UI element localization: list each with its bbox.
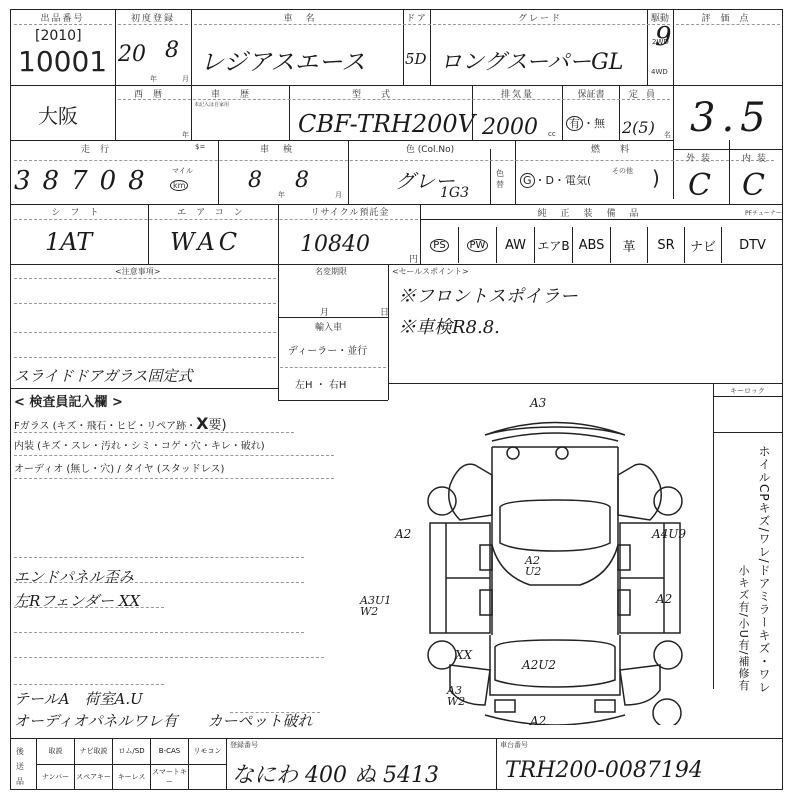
accessory-bcas: B-CAS xyxy=(150,738,188,764)
model: CBF-TRH200V xyxy=(298,110,475,138)
aircon-label: エアコン xyxy=(160,205,270,218)
fuel-other: その他 xyxy=(612,166,633,176)
history-label: 車歴 xyxy=(194,87,286,100)
color-label: 色 (Col.No) xyxy=(360,142,500,155)
lot-year: [2010] xyxy=(35,28,82,44)
wheel-mirror-damage-text: ホイルCPキズ/ワレ/ドアミラーキズ・ワレ xyxy=(756,445,773,695)
history-note: 未記入は自家用 xyxy=(194,101,229,108)
interior-label: 内装 xyxy=(732,151,782,164)
damage-mark-right-front: A4U9 xyxy=(652,527,686,541)
car-name-label: 車 名 xyxy=(250,11,350,24)
aircon: WAC xyxy=(170,228,241,256)
inspection-label: 車検 xyxy=(221,142,345,155)
inspector-title: < 検査員記入欄 > xyxy=(14,391,123,410)
caution-text: スライドドアガラス固定式 xyxy=(14,365,193,386)
accessory-manual: 取説 xyxy=(36,738,74,764)
accessory-number-plate: ナンバー xyxy=(36,764,74,790)
color-change-label: 色替 xyxy=(496,168,510,190)
recycle-label: リサイクル預託金 xyxy=(285,205,415,218)
sales-label: <セールスポイント> xyxy=(392,266,469,277)
inspector-note-4: オーディオパネルワレ有 カーペット破れ xyxy=(14,710,313,731)
equipment-sunroof: SR xyxy=(647,227,684,263)
mile-unit: マイル xyxy=(172,166,193,176)
displacement: 2000 xyxy=(482,115,538,140)
exterior: C xyxy=(688,168,711,203)
chassis-number: TRH200-0087194 xyxy=(505,758,703,783)
equipment-airbag: エアB xyxy=(534,227,572,263)
equipment-ps: PS xyxy=(420,227,458,263)
damage-mark-rear-door: A2U2 xyxy=(522,658,556,672)
audio-tire-line: オーディオ (無し・穴) / タイヤ (スタッドレス) xyxy=(14,460,224,475)
keylock-label: キーロック xyxy=(730,386,765,396)
meter-change-label: $= xyxy=(195,143,205,151)
mileage-label: 走行 xyxy=(60,142,140,155)
damage-mark-roof: A2 U2 xyxy=(525,555,545,577)
lot-label: 出品番号 xyxy=(20,11,105,24)
location: 大阪 xyxy=(38,100,78,129)
doors: 5D xyxy=(405,50,427,68)
equipment-pw: PW xyxy=(458,227,496,263)
equipment-abs: ABS xyxy=(572,227,610,263)
tuner-label: PFチューナー xyxy=(745,208,782,217)
score-label: 評価点 xyxy=(680,11,780,24)
interior: C xyxy=(742,168,765,203)
capacity-label: 定員 xyxy=(622,87,670,100)
accessory-empty xyxy=(188,764,226,790)
inspector-note-1: エンドパネル歪み xyxy=(14,566,134,587)
score: 3.5 xyxy=(690,95,772,141)
name-change-label: 名変期限 xyxy=(315,266,347,277)
first-reg-year: 20 xyxy=(118,42,146,67)
handle-side: 左H ・ 右H xyxy=(295,376,346,391)
inspection-month: 8 xyxy=(295,168,309,193)
displacement-label: 排気量 xyxy=(475,87,560,100)
accessories-label: 後送品 xyxy=(16,744,26,789)
exterior-label: 外装 xyxy=(676,151,726,164)
shift-label: シフト xyxy=(40,205,120,218)
grade: ロングスーパーGL xyxy=(440,45,623,76)
damage-level-text: 小キズ有/小U有/補修有 xyxy=(735,565,751,695)
caution-label: <注意事項> xyxy=(115,266,160,277)
fglass-line: Fガラス (キズ・飛石・ヒビ・リペア跡・X要) xyxy=(14,414,227,433)
mileage: 38708 xyxy=(14,166,157,196)
accessory-smart-key: スマートキー xyxy=(150,764,188,790)
accessory-spare-key: スペアキー xyxy=(74,764,112,790)
reg-number: なにわ 400 ぬ 5413 xyxy=(232,758,439,789)
inspector-note-2: 左Rフェンダー XX xyxy=(14,590,140,611)
damage-mark-left-rear: A3U1 W2 xyxy=(360,595,388,617)
damage-mark-rear-corner: A3 W2 xyxy=(447,685,467,707)
shift: 1AT xyxy=(45,228,92,256)
first-reg-label: 初度登録 xyxy=(118,11,188,24)
western-cal-label: 西暦 xyxy=(118,87,188,100)
color-code: 1G3 xyxy=(440,185,469,201)
import-label: 輸入車 xyxy=(315,320,342,333)
drive-4wd: 4WD xyxy=(651,68,668,76)
model-label: 型式 xyxy=(292,87,470,100)
accessory-rom-sd: ロム/SD xyxy=(112,738,150,764)
accessory-keyless: キーレス xyxy=(112,764,150,790)
warranty-options: 有・無 xyxy=(566,115,605,131)
damage-mark-left-front: A2 xyxy=(395,527,411,541)
recycle: 10840 xyxy=(300,232,370,257)
damage-mark-rear-bumper: A2 xyxy=(530,714,546,728)
damage-mark-right-rear: A2 xyxy=(656,592,672,606)
warranty-label: 保証書 xyxy=(565,87,617,100)
lot-number: 10001 xyxy=(18,45,107,78)
capacity: 2(5) xyxy=(622,118,655,137)
fuel-options: G・D・電気( xyxy=(520,172,591,188)
equipment-aw: AW xyxy=(496,227,534,263)
drive-circle-mark: 9 xyxy=(655,22,672,52)
accessory-navi-manual: ナビ取説 xyxy=(74,738,112,764)
grade-label: グレード xyxy=(480,11,600,24)
equipment-label: 純正装備品 xyxy=(470,206,720,219)
damage-mark-front-bumper: A3 xyxy=(530,396,546,410)
sales-point-1: ※フロントスポイラー xyxy=(398,282,578,308)
car-name: レジアスエース xyxy=(200,42,365,77)
first-reg-month: 8 xyxy=(165,38,179,63)
sales-point-2: ※車検R8.8. xyxy=(398,313,500,339)
inspector-note-3: テールA 荷室A.U xyxy=(14,688,143,709)
equipment-dtv: DTV xyxy=(721,227,783,263)
vehicle-damage-diagram xyxy=(400,395,710,725)
accessory-remote: リモコン xyxy=(188,738,226,764)
door-label: ドア xyxy=(405,11,429,24)
import-type: ディーラー・並行 xyxy=(288,342,367,357)
damage-mark-left-rear-fender: XX xyxy=(455,648,472,662)
inspection-year: 8 xyxy=(248,168,262,193)
chassis-label: 車台番号 xyxy=(500,740,528,750)
equipment-leather: 革 xyxy=(610,227,647,263)
interior-condition-line: 内装 (キズ・スレ・汚れ・シミ・コゲ・穴・キレ・破れ) xyxy=(14,437,265,452)
reg-number-label: 登録番号 xyxy=(230,740,258,750)
equipment-navi: ナビ xyxy=(684,227,721,263)
